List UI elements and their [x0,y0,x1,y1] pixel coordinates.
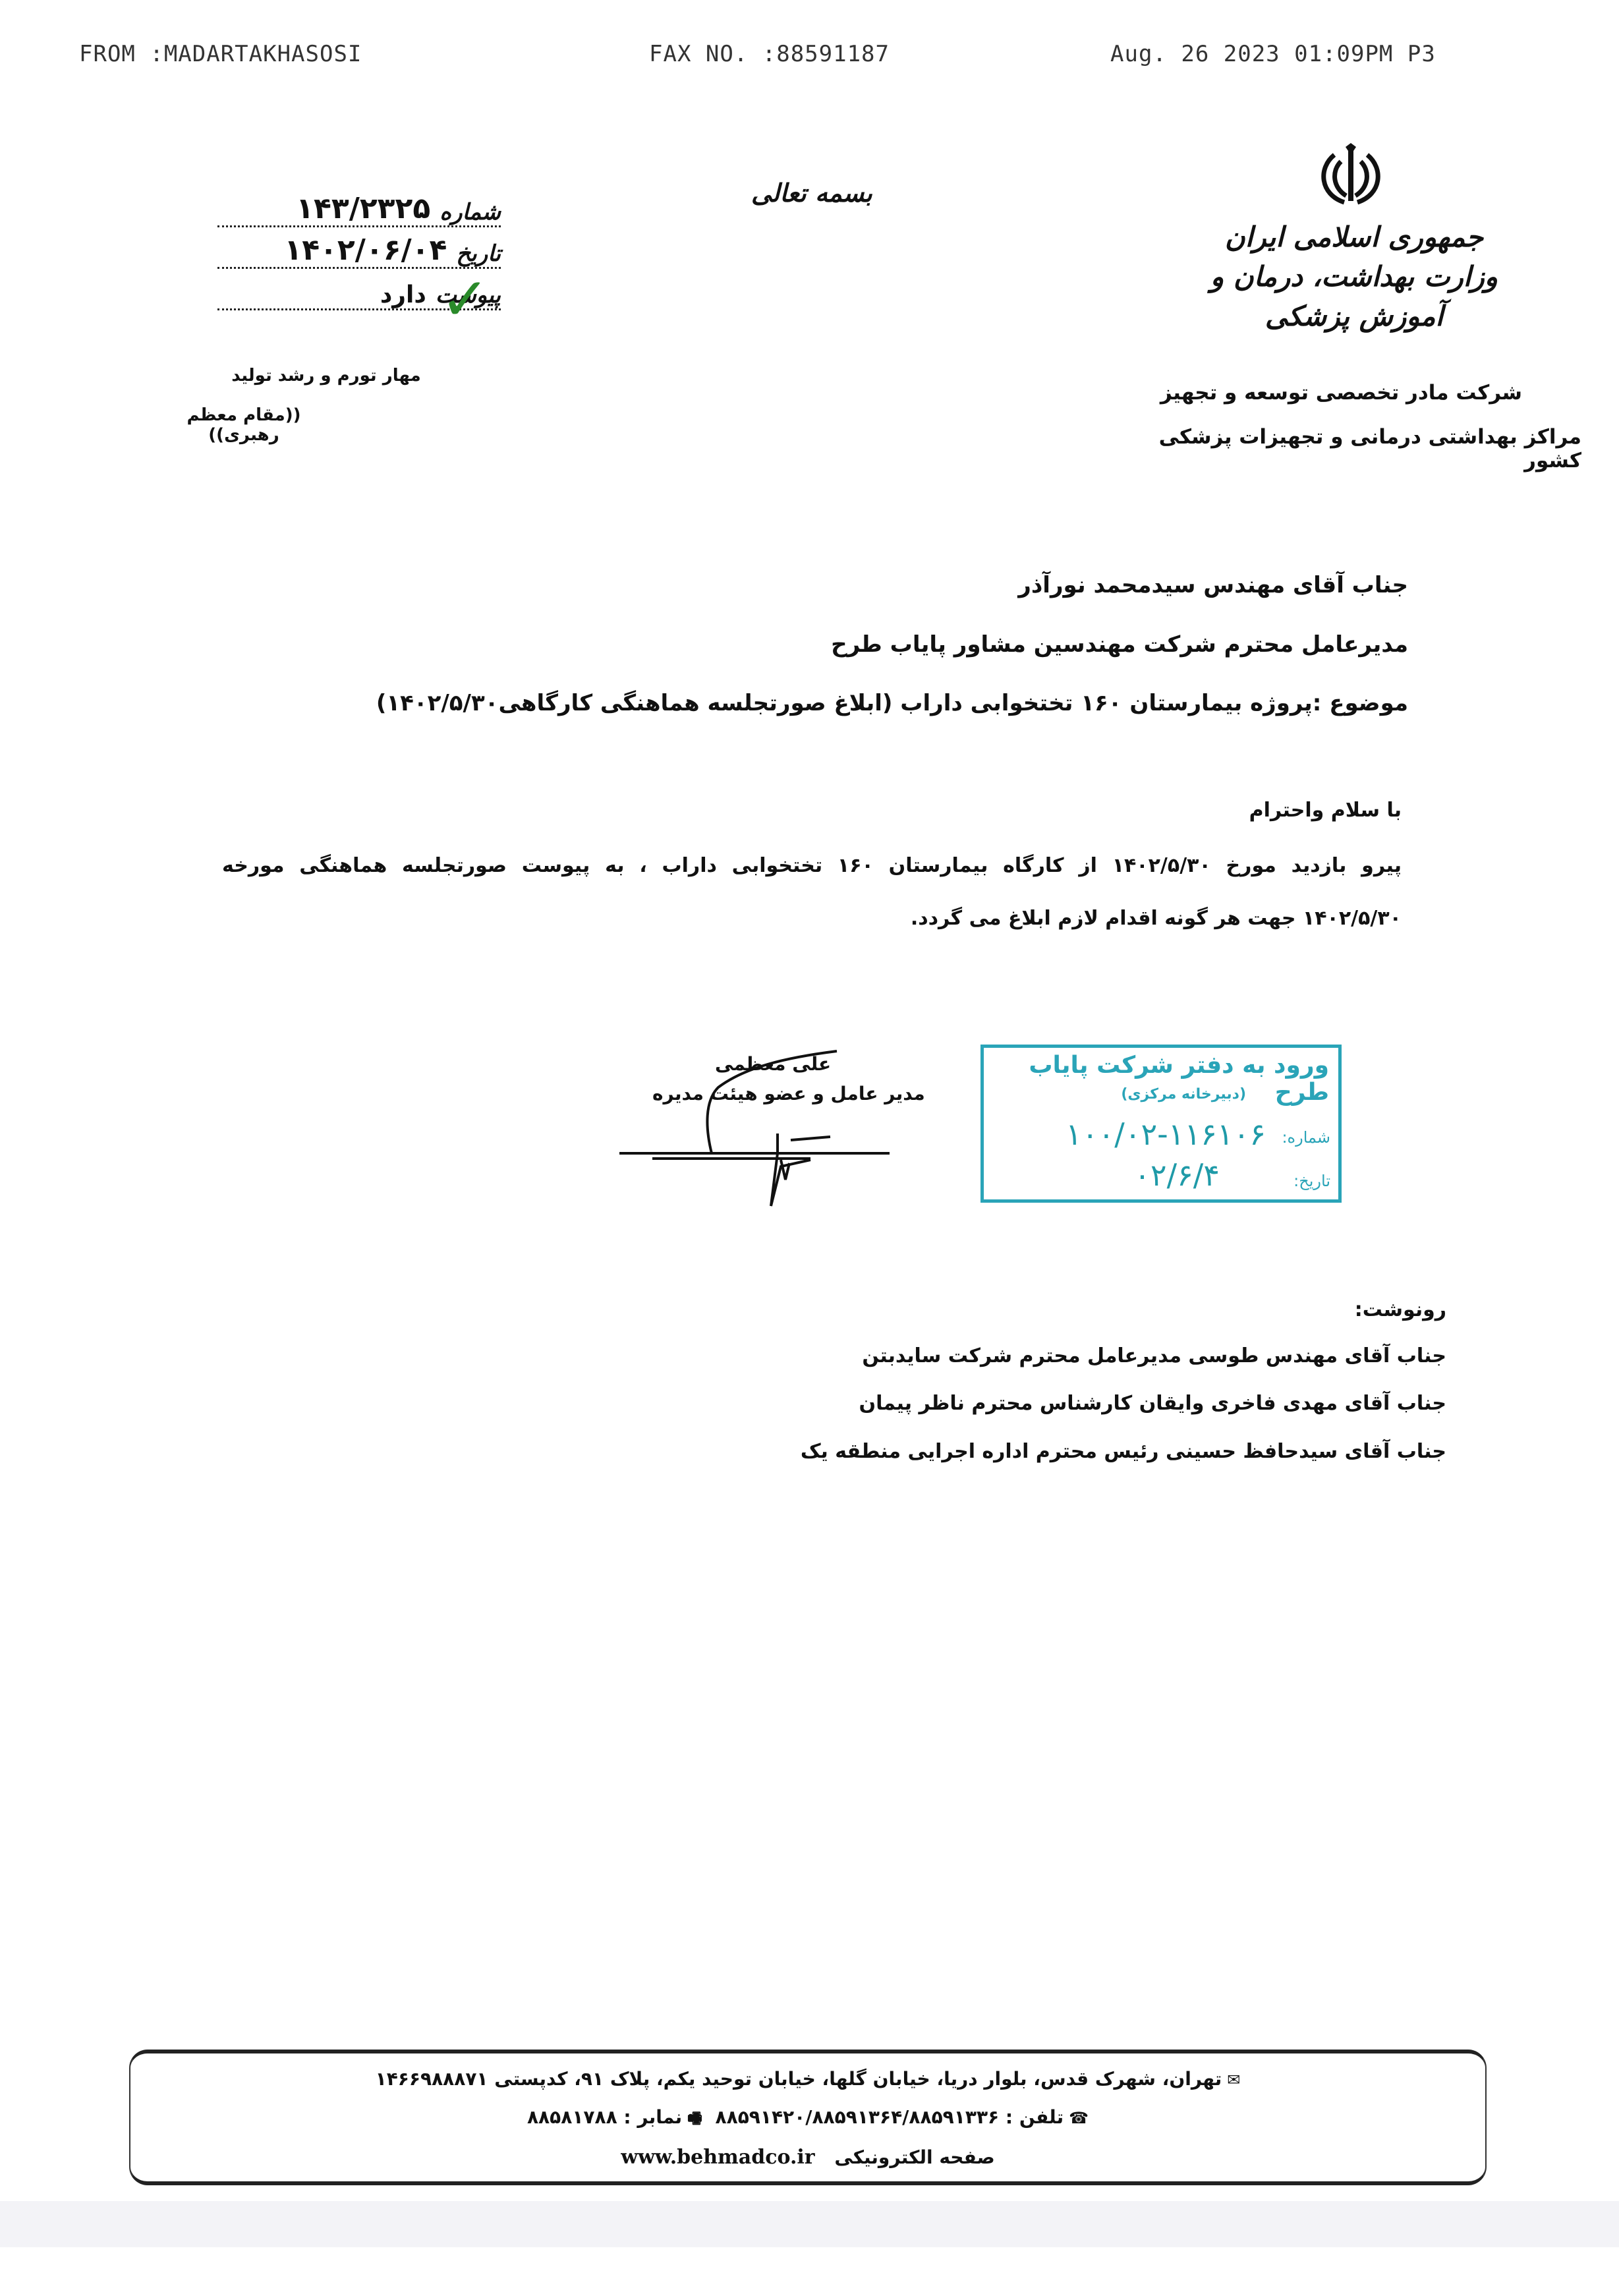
letter-paragraph-line-1: پیرو بازدید مورخ ۱۴۰۲/۵/۳۰ از کارگاه بیم… [222,854,1402,877]
reference-number-row: شماره ۱۴۳/۲۳۲۵ [217,191,501,227]
bismillah-heading: بسمه تعالی [751,178,872,208]
footer-address: تهران، شهرک قدس، بلوار دریا، خیابان گلها… [376,2068,1222,2090]
footer-contact-box: ✉تهران، شهرک قدس، بلوار دریا، خیابان گله… [129,2050,1487,2185]
reference-date-label: تاریخ [456,241,501,267]
letter-paragraph-line-2: ۱۴۰۲/۵/۳۰ جهت هر گونه اقدام لازم ابلاغ م… [911,907,1402,930]
organization-line-1: شرکت مادر تخصصی توسعه و تجهیز [1120,381,1522,405]
footer-website-link[interactable]: www.behmadco.ir [621,2146,814,2169]
fax-datetime-page: Aug. 26 2023 01:09PM P3 [1110,41,1436,67]
fax-from: FROM :MADARTAKHASOSI [79,41,362,67]
reference-number-label: شماره [440,199,501,225]
stamp-number-label: شماره: [1282,1128,1330,1147]
ministry-calligraphy: جمهوری اسلامی ایران وزارت بهداشت، درمان … [1199,217,1509,336]
footer-address-line: ✉تهران، شهرک قدس، بلوار دریا، خیابان گله… [130,2068,1485,2090]
fax-machine-icon: 🖷 [687,2109,702,2127]
mail-icon: ✉ [1227,2071,1240,2089]
letter-subject: موضوع :پروژه بیمارستان ۱۶۰ تختخوابی دارا… [376,690,1408,716]
ministry-name: وزارت بهداشت، درمان و آموزش پزشکی [1199,257,1509,336]
checkmark-icon: ✓ [440,270,490,330]
signatory-title: مدیر عامل و عضو هیئت مدیره [652,1083,925,1105]
slogan-line-2: ((مقام معظم رهبری)) [152,405,336,445]
organization-line-2: مراکز بهداشتی درمانی و تجهیزات پزشکی کشو… [1120,425,1581,473]
country-name: جمهوری اسلامی ایران [1199,217,1509,257]
cc-recipient: جناب آقای مهدی فاخری وایقان کارشناس محتر… [859,1392,1447,1415]
stamp-number-value: ۱۰۰/۰۲-۱۱۶۱۰۶ [1065,1116,1266,1152]
stamp-date-label: تاریخ: [1293,1172,1330,1190]
reference-date-value: ۱۴۰۲/۰۶/۰۴ [284,233,447,267]
stamp-subtitle: (دبیرخانه مرکزی) [1121,1086,1246,1103]
iran-emblem-icon [1315,142,1387,208]
addressee-name: جناب آقای مهندس سیدمحمد نورآذر [1018,572,1408,598]
cc-recipient: جناب آقای سیدحافظ حسینی رئیس محترم اداره… [801,1440,1446,1463]
footer-phones: ۸۸۵۹۱۴۲۰/۸۸۵۹۱۳۶۴/۸۸۵۹۱۳۳۶ [716,2106,1000,2128]
addressee-title: مدیرعامل محترم شرکت مهندسین مشاور پایاب … [831,631,1408,658]
slogan-line-1: مهار تورم و رشد تولید [231,366,422,386]
reference-attachment-value: دارد [380,281,426,308]
scan-artifact-band [0,2201,1619,2247]
reference-date-row: تاریخ ۱۴۰۲/۰۶/۰۴ [217,233,501,269]
footer-website-label: صفحه الکترونیکی [834,2146,994,2168]
footer-website-line: صفحه الکترونیکی www.behmadco.ir [130,2146,1485,2169]
signatory-name: علی معظمی [715,1053,831,1075]
letter-greeting: با سلام واحترام [1249,799,1402,822]
cc-recipient: جناب آقای مهندس طوسی مدیرعامل محترم شرکت… [862,1344,1446,1367]
fax-number: FAX NO. :88591187 [649,41,890,67]
footer-phone-label: تلفن : [1006,2106,1064,2128]
footer-phone-line: ☎تلفن : ۸۸۵۹۱۴۲۰/۸۸۵۹۱۳۶۴/۸۸۵۹۱۳۳۶ 🖷نماب… [130,2106,1485,2134]
stamp-date-value: ۰۲/۶/۴ [1134,1157,1220,1193]
phone-icon: ☎ [1069,2109,1089,2127]
footer-fax-label: نمابر : [623,2106,682,2128]
cc-title: رونوشت: [1355,1298,1446,1321]
reference-number-value: ۱۴۳/۲۳۲۵ [296,192,430,225]
footer-fax: ۸۸۵۸۱۷۸۸ [527,2106,617,2128]
receipt-stamp: ورود به دفتر شرکت پایاب طرح (دبیرخانه مر… [980,1045,1342,1203]
